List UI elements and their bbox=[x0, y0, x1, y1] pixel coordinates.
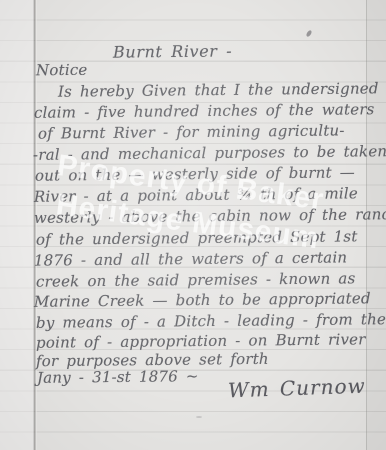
handwriting-line: point of - appropriation - on Burnt rive… bbox=[36, 330, 366, 351]
handwriting-line: Marine Creek — both to be appropriated bbox=[34, 289, 371, 311]
handwriting-line: Is hereby Given that I the undersigned bbox=[58, 79, 379, 100]
handwriting-line: of the undersigned preempted Sept 1st bbox=[36, 227, 358, 248]
handwriting-line: by means of - a Ditch - leading - from t… bbox=[36, 310, 386, 332]
handwriting-line: westerly - above the cabin now of the ra… bbox=[34, 205, 386, 227]
page-left-margin-strip bbox=[0, 0, 34, 450]
handwriting-line: creek on the said premises - known as bbox=[36, 269, 356, 290]
page-right-edge bbox=[366, 0, 386, 450]
handwriting-line: 1876 - and all the waters of a certain bbox=[34, 248, 347, 269]
handwriting-line: out on the — westerly side of burnt — bbox=[35, 163, 355, 184]
ink-speck bbox=[306, 29, 313, 37]
document-title: Burnt River - bbox=[113, 41, 232, 61]
signature: Wm Curnow bbox=[228, 374, 366, 403]
handwriting-line: of Burnt River - for mining agricultu- bbox=[38, 121, 345, 142]
handwriting-line: -ral - and mechanical purposes to be tak… bbox=[33, 142, 386, 164]
scanned-document-page: Burnt River - Notice Is hereby Given tha… bbox=[0, 0, 386, 450]
date-line: Jany - 31-st 1876 ~ bbox=[37, 367, 199, 387]
handwriting-line: claim - five hundred inches of the water… bbox=[34, 100, 375, 122]
ink-speck bbox=[196, 416, 202, 418]
notice-label: Notice bbox=[36, 61, 88, 80]
handwriting-line: River - at a point about ¾ th of a mile bbox=[34, 184, 358, 205]
